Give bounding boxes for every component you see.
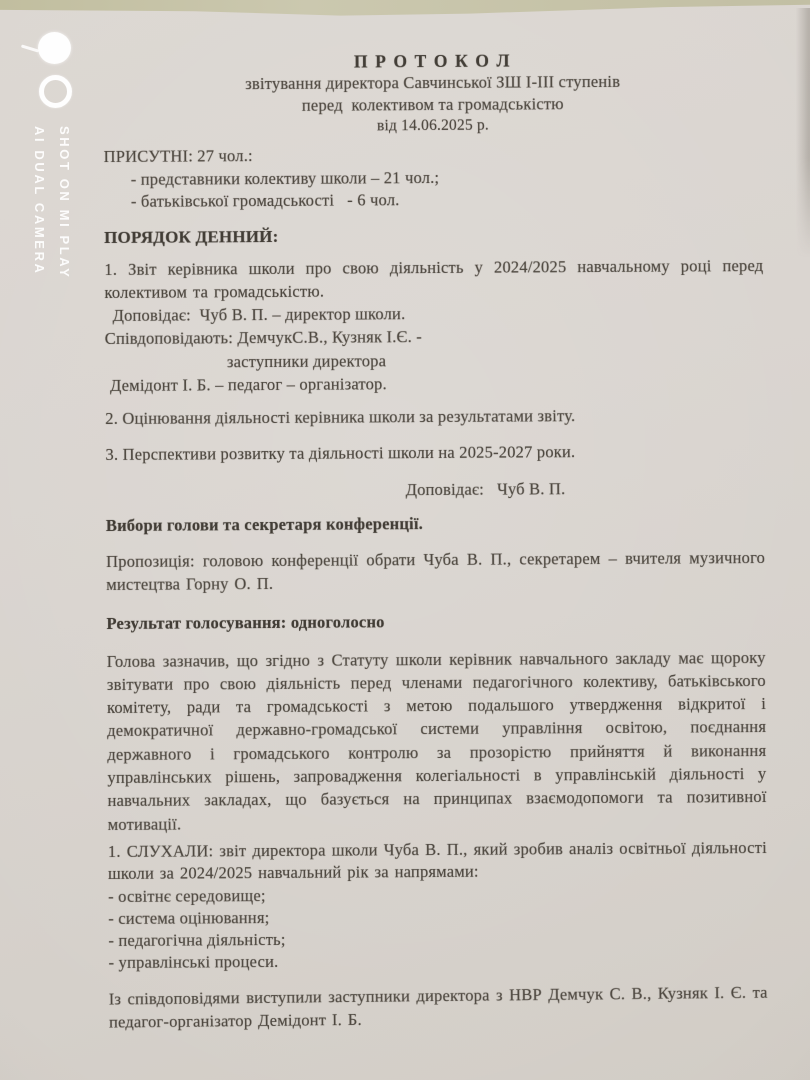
agenda-heading: ПОРЯДОК ДЕННИЙ: bbox=[104, 222, 763, 248]
proposal-paragraph: Пропозиція: головою конференції обрати Ч… bbox=[106, 545, 765, 596]
present-item: - батьківської громадськості - 6 чол. bbox=[104, 187, 763, 214]
agenda-item-1: 1. Звіт керівника школи про свою діяльні… bbox=[104, 253, 763, 303]
document-date: від 14.06.2025 р. bbox=[103, 114, 762, 138]
heard-intro: 1. СЛУХАЛИ: звіт директора школи Чуба В.… bbox=[108, 837, 767, 886]
protocol-document: П Р О Т О К О Л звітування директора Сав… bbox=[103, 48, 768, 1032]
speaker-line: Демідонт І. Б. – педагог – організатор. bbox=[105, 370, 764, 398]
direction-item: - управлінські процеси. bbox=[109, 948, 768, 974]
elections-heading: Вибори голови та секретаря конференції. bbox=[106, 509, 765, 536]
camera-flash-icon bbox=[38, 32, 71, 64]
agenda-item-3: 3. Перспективи розвитку та діяльності шк… bbox=[105, 438, 764, 465]
vote-result: Результат голосування: одноголосно bbox=[106, 607, 765, 634]
camera-lens-icon bbox=[39, 75, 72, 108]
agenda-item-2: 2. Оцінювання діяльності керівника школи… bbox=[105, 402, 764, 429]
watermark-line2: AI DUAL CAMERA bbox=[32, 126, 47, 276]
chair-note-paragraph: Голова зазначив, що згідно з Статуту шко… bbox=[107, 645, 767, 835]
speakers-block: Доповідає: Чуб В. П. – директор школи. С… bbox=[105, 299, 765, 397]
document-photo: П Р О Т О К О Л звітування директора Сав… bbox=[0, 0, 810, 1080]
watermark-text: SHOT ON MI PLAY AI DUAL CAMERA bbox=[27, 126, 77, 316]
co-reports-paragraph: Із співдоповідями виступили заступники д… bbox=[109, 980, 768, 1033]
paper-edge-shadow bbox=[796, 8, 810, 258]
speaker-line-2: Доповідає: Чуб В. П. bbox=[406, 475, 765, 500]
watermark-line1: SHOT ON MI PLAY bbox=[57, 126, 72, 279]
